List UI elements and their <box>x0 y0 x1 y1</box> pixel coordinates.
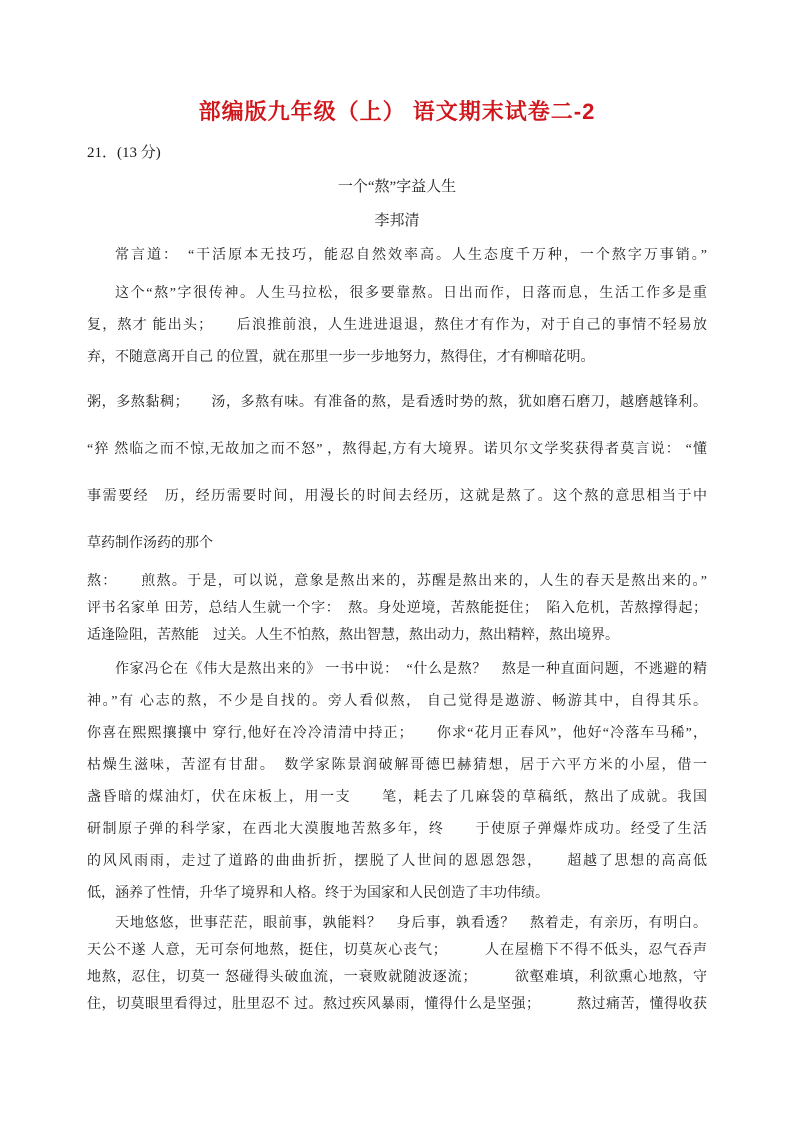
article-author: 李邦清 <box>87 210 707 232</box>
paragraph-block: 天地悠悠，世事茫茫，眼前事，孰能料？ 身后事，孰看透？ 熬着走，有亲历，有明白。… <box>87 910 707 1018</box>
paragraph-line: 地熬，忍住，切莫一 怒碰得头破血流，一衰败就随波逐流； 欲壑难填，利欲熏心地熬，… <box>87 964 707 991</box>
paragraph-line: 粥，多熬黏稠； 汤，多熬有味。有准备的熬，是看透时势的熬，犹如磨石磨刀，越磨越锋… <box>87 379 707 426</box>
paragraph-line: 天地悠悠，世事茫茫，眼前事，孰能料？ 身后事，孰看透？ 熬着走，有亲历，有明白。 <box>87 910 707 937</box>
paragraph-line: 熬： 煎熬。于是，可以说，意象是熬出来的，苏醒是熬出来的，人生的春天是熬出来的。… <box>87 568 707 595</box>
paragraph-line: 住，切莫眼里看得过，肚里忍不 过。熬过疾风暴雨，懂得什么是坚强； 熬过痛苦，懂得… <box>87 991 707 1018</box>
paragraph-block: 熬： 煎熬。于是，可以说，意象是熬出来的，苏醒是熬出来的，人生的春天是熬出来的。… <box>87 568 707 649</box>
paragraph-line: 适逢险阻，苦熬能 过关。人生不怕熬，熬出智慧，熬出动力，熬出精粹，熬出境界。 <box>87 622 707 649</box>
paragraph-line: 评书名家单 田芳，总结人生就一个字： 熬。身处逆境，苦熬能挺住； 陷入危机，苦熬… <box>87 595 707 622</box>
paragraph-line: 低，涵养了性情，升华了境界和人格。终于为国家和人民创造了丰功伟绩。 <box>87 878 707 910</box>
paragraph-line: 研制原子弹的科学家，在西北大漠腹地苦熬多年，终 于使原子弹爆炸成功。经受了生活 <box>87 814 707 846</box>
article-title: 一个“熬”字益人生 <box>87 176 707 198</box>
paragraph-line: 天公不遂 人意，无可奈何地熬，挺住，切莫灰心丧气； 人在屋檐下不得不低头，忍气吞… <box>87 937 707 964</box>
paragraph-block: 这个“熬”字很传神。人生马拉松，很多要靠熬。日出而作，日落而息，生活工作多是重 … <box>87 278 707 374</box>
page-title: 部编版九年级（上） 语文期末试卷二-2 <box>87 97 707 127</box>
document-content: 部编版九年级（上） 语文期末试卷二-2 21．(13 分) 一个“熬”字益人生 … <box>87 97 707 1018</box>
question-number: 21．(13 分) <box>87 142 707 164</box>
paragraph-line: 神。”有 心志的熬，不少是自找的。旁人看似熬， 自己觉得是遨游、畅游其中，自得其… <box>87 686 707 718</box>
paragraph-line: 常言道： “干活原本无技巧，能忍自然效率高。人生态度千万种，一个熬字万事销。” <box>87 239 707 273</box>
article-body: 常言道： “干活原本无技巧，能忍自然效率高。人生态度千万种，一个熬字万事销。” … <box>87 239 707 1018</box>
paragraph-line: 的风风雨雨，走过了道路的曲曲折折，摆脱了人世间的恩恩怨怨， 超越了思想的高高低 <box>87 846 707 878</box>
paragraph-line: 作家冯仑在《伟大是熬出来的》 一书中说： “什么是熬？ 熬是一种直面问题，不逃避… <box>87 654 707 686</box>
paragraph-line: 弃，不随意离开自己 的位置，就在那里一步一步地努力，熬得住，才有柳暗花明。 <box>87 342 707 374</box>
paragraph-line: 你喜在熙熙攘攘中 穿行,他好在冷冷清清中持正； 你求“花月正春风”，他好“冷落车… <box>87 718 707 750</box>
paragraph-line: 事需要经 历，经历需要时间，用漫长的时间去经历，这就是熬了。这个熬的意思相当于中 <box>87 473 707 520</box>
paragraph-line: 盏昏暗的煤油灯，伏在床板上，用一支 笔，耗去了几麻袋的草稿纸，熬出了成就。我国 <box>87 782 707 814</box>
paragraph-line: 草药制作汤药的那个 <box>87 520 707 567</box>
document-page: 部编版九年级（上） 语文期末试卷二-2 21．(13 分) 一个“熬”字益人生 … <box>0 0 793 1122</box>
paragraph-line: 复，熬才 能出头； 后浪推前浪，人生进进退退，熬住才有作为，对于自己的事情不轻易… <box>87 310 707 342</box>
paragraph-line: 这个“熬”字很传神。人生马拉松，很多要靠熬。日出而作，日落而息，生活工作多是重 <box>87 278 707 310</box>
paragraph-block: 常言道： “干活原本无技巧，能忍自然效率高。人生态度千万种，一个熬字万事销。” <box>87 239 707 273</box>
paragraph-block: 作家冯仑在《伟大是熬出来的》 一书中说： “什么是熬？ 熬是一种直面问题，不逃避… <box>87 654 707 910</box>
paragraph-line: 枯燥生滋味，苦涩有甘甜。 数学家陈景润破解哥德巴赫猜想，居于六平方米的小屋，借一 <box>87 750 707 782</box>
paragraph-block: 粥，多熬黏稠； 汤，多熬有味。有准备的熬，是看透时势的熬，犹如磨石磨刀，越磨越锋… <box>87 379 707 567</box>
paragraph-line: “猝 然临之而不惊,无故加之而不怒” ，熬得起,方有大境界。诺贝尔文学奖获得者莫… <box>87 426 707 473</box>
